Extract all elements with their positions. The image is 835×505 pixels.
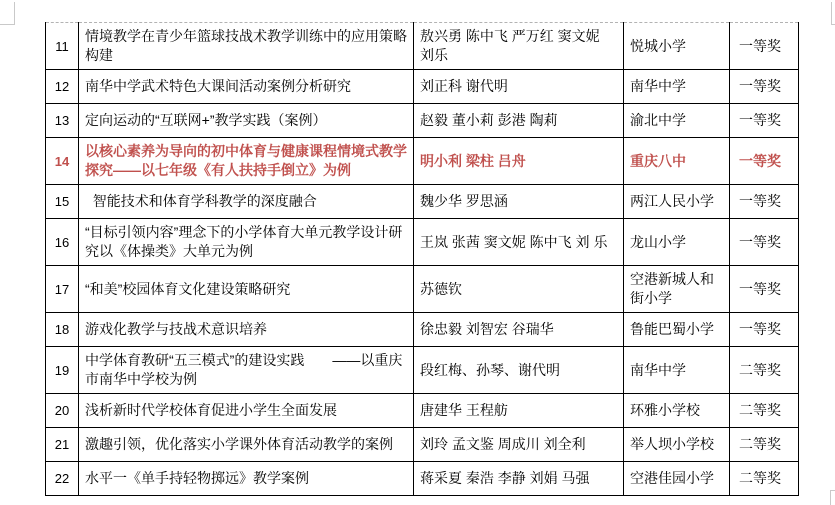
table-row: 21 激趣引领，优化落实小学课外体育活动教学的案例 刘玲 孟文鉴 周成川 刘全利… (46, 428, 799, 462)
paper-title-cell[interactable]: 游戏化教学与技战术意识培养 (79, 313, 414, 347)
authors-cell[interactable]: 刘玲 孟文鉴 周成川 刘全利 (414, 428, 624, 462)
row-number-cell[interactable]: 19 (46, 347, 79, 394)
table-row: 14 以核心素养为导向的初中体育与健康课程情境式教学探究——以七年级《有人扶持手… (46, 138, 799, 185)
award-level-cell[interactable]: 二等奖 (730, 394, 799, 428)
paper-title-cell[interactable]: 智能技术和体育学科教学的深度融合 (79, 185, 414, 219)
authors-cell[interactable]: 魏少华 罗思涵 (414, 185, 624, 219)
award-level-cell[interactable]: 一等奖 (730, 23, 799, 70)
page-margin-mark-bottom-right-vertical (830, 490, 831, 505)
school-cell[interactable]: 渝北中学 (624, 104, 730, 138)
row-number-cell[interactable]: 20 (46, 394, 79, 428)
row-number-cell[interactable]: 21 (46, 428, 79, 462)
paper-title-cell[interactable]: 浅析新时代学校体育促进小学生全面发展 (79, 394, 414, 428)
school-cell[interactable]: 龙山小学 (624, 219, 730, 266)
authors-cell[interactable]: 蒋采夏 秦浩 李静 刘娟 马强 (414, 462, 624, 496)
school-cell[interactable]: 环雅小学校 (624, 394, 730, 428)
authors-cell[interactable]: 王岚 张茜 窦文妮 陈中飞 刘 乐 (414, 219, 624, 266)
paper-title-cell[interactable]: 激趣引领，优化落实小学课外体育活动教学的案例 (79, 428, 414, 462)
paper-title-cell[interactable]: 以核心素养为导向的初中体育与健康课程情境式教学探究——以七年级《有人扶持手倒立》… (79, 138, 414, 185)
page-margin-mark-bottom-right-horizontal (830, 490, 835, 491)
school-cell[interactable]: 悦城小学 (624, 23, 730, 70)
authors-cell[interactable]: 段红梅、孙琴、谢代明 (414, 347, 624, 394)
award-level-cell[interactable]: 一等奖 (730, 70, 799, 104)
paper-title-cell[interactable]: 定向运动的“互联网+”教学实践（案例） (79, 104, 414, 138)
authors-cell[interactable]: 苏德钦 (414, 266, 624, 313)
award-level-cell[interactable]: 一等奖 (730, 185, 799, 219)
paper-title-cell[interactable]: “和美”校园体育文化建设策略研究 (79, 266, 414, 313)
award-list-table: 11 情境教学在青少年篮球技战术教学训练中的应用策略构建 敖兴勇 陈中飞 严万红… (45, 22, 799, 496)
row-number-cell[interactable]: 11 (46, 23, 79, 70)
paper-title-cell[interactable]: “目标引领内容”理念下的小学体育大单元教学设计研究以《体操类》大单元为例 (79, 219, 414, 266)
authors-cell[interactable]: 赵毅 董小莉 彭港 陶莉 (414, 104, 624, 138)
award-level-cell[interactable]: 二等奖 (730, 462, 799, 496)
award-level-cell[interactable]: 二等奖 (730, 428, 799, 462)
page-margin-mark-top-right-vertical (831, 2, 832, 25)
award-level-cell[interactable]: 二等奖 (730, 347, 799, 394)
table-row: 20 浅析新时代学校体育促进小学生全面发展 唐建华 王程舫 环雅小学校 二等奖 (46, 394, 799, 428)
row-number-cell[interactable]: 22 (46, 462, 79, 496)
row-number-cell[interactable]: 12 (46, 70, 79, 104)
school-cell[interactable]: 空港佳园小学 (624, 462, 730, 496)
award-level-cell[interactable]: 一等奖 (730, 219, 799, 266)
school-cell[interactable]: 空港新城人和街小学 (624, 266, 730, 313)
table-row: 16 “目标引领内容”理念下的小学体育大单元教学设计研究以《体操类》大单元为例 … (46, 219, 799, 266)
table-row: 17 “和美”校园体育文化建设策略研究 苏德钦 空港新城人和街小学 一等奖 (46, 266, 799, 313)
page-margin-mark-top-left-horizontal (0, 24, 15, 25)
school-cell[interactable]: 重庆八中 (624, 138, 730, 185)
page-margin-mark-top-right-horizontal (831, 24, 835, 25)
page-margin-mark-top-left-vertical (14, 2, 15, 25)
school-cell[interactable]: 南华中学 (624, 70, 730, 104)
authors-cell[interactable]: 徐忠毅 刘智宏 谷瑞华 (414, 313, 624, 347)
row-number-cell[interactable]: 14 (46, 138, 79, 185)
paper-title-cell[interactable]: 中学体育教研“五三模式”的建设实践 ——以重庆市南华中学校为例 (79, 347, 414, 394)
row-number-cell[interactable]: 17 (46, 266, 79, 313)
authors-cell[interactable]: 明小利 梁柱 吕舟 (414, 138, 624, 185)
table-row: 19 中学体育教研“五三模式”的建设实践 ——以重庆市南华中学校为例 段红梅、孙… (46, 347, 799, 394)
award-table-body: 11 情境教学在青少年篮球技战术教学训练中的应用策略构建 敖兴勇 陈中飞 严万红… (46, 23, 799, 496)
award-level-cell[interactable]: 一等奖 (730, 266, 799, 313)
paper-title-cell[interactable]: 情境教学在青少年篮球技战术教学训练中的应用策略构建 (79, 23, 414, 70)
table-row: 15 智能技术和体育学科教学的深度融合 魏少华 罗思涵 两江人民小学 一等奖 (46, 185, 799, 219)
table-row: 22 水平一《单手持轻物掷远》教学案例 蒋采夏 秦浩 李静 刘娟 马强 空港佳园… (46, 462, 799, 496)
table-row: 18 游戏化教学与技战术意识培养 徐忠毅 刘智宏 谷瑞华 鲁能巴蜀小学 一等奖 (46, 313, 799, 347)
school-cell[interactable]: 鲁能巴蜀小学 (624, 313, 730, 347)
school-cell[interactable]: 南华中学 (624, 347, 730, 394)
table-row: 11 情境教学在青少年篮球技战术教学训练中的应用策略构建 敖兴勇 陈中飞 严万红… (46, 23, 799, 70)
row-number-cell[interactable]: 18 (46, 313, 79, 347)
award-level-cell[interactable]: 一等奖 (730, 313, 799, 347)
authors-cell[interactable]: 唐建华 王程舫 (414, 394, 624, 428)
row-number-cell[interactable]: 16 (46, 219, 79, 266)
paper-title-cell[interactable]: 南华中学武术特色大课间活动案例分析研究 (79, 70, 414, 104)
authors-cell[interactable]: 敖兴勇 陈中飞 严万红 窦文妮 刘乐 (414, 23, 624, 70)
award-level-cell[interactable]: 一等奖 (730, 104, 799, 138)
school-cell[interactable]: 举人坝小学校 (624, 428, 730, 462)
table-row: 12 南华中学武术特色大课间活动案例分析研究 刘正科 谢代明 南华中学 一等奖 (46, 70, 799, 104)
authors-cell[interactable]: 刘正科 谢代明 (414, 70, 624, 104)
row-number-cell[interactable]: 15 (46, 185, 79, 219)
award-level-cell[interactable]: 一等奖 (730, 138, 799, 185)
school-cell[interactable]: 两江人民小学 (624, 185, 730, 219)
paper-title-cell[interactable]: 水平一《单手持轻物掷远》教学案例 (79, 462, 414, 496)
row-number-cell[interactable]: 13 (46, 104, 79, 138)
table-row: 13 定向运动的“互联网+”教学实践（案例） 赵毅 董小莉 彭港 陶莉 渝北中学… (46, 104, 799, 138)
